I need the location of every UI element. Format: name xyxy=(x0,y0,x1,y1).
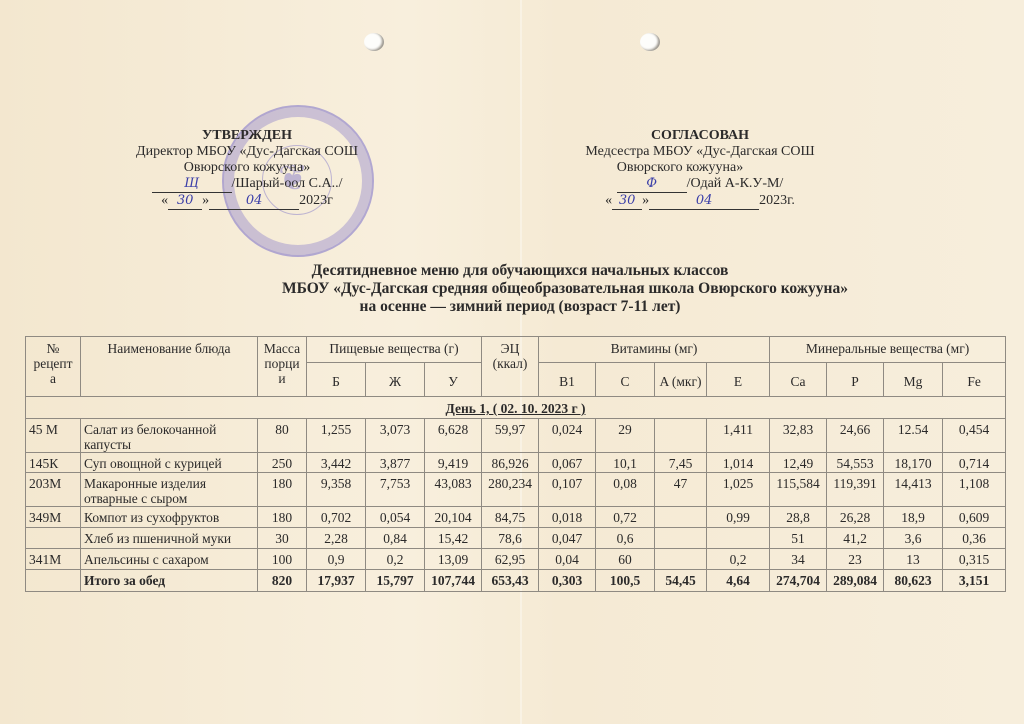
cell-zh: 3,073 xyxy=(366,419,425,453)
approval-date: «30»042023г xyxy=(112,193,382,210)
header-protein: Б xyxy=(307,363,366,397)
cell-kcal: 59,97 xyxy=(482,419,539,453)
cell-kcal: 280,234 xyxy=(482,473,539,507)
cell-zh: 3,877 xyxy=(366,453,425,473)
cell-b: 9,358 xyxy=(307,473,366,507)
cell-c: 0,6 xyxy=(596,528,655,549)
total-row: Итого за обед82017,93715,797107,744653,4… xyxy=(26,570,1006,592)
cell-ca: 12,49 xyxy=(770,453,827,473)
approval-position: Директор МБОУ «Дус-Дагская СОШ xyxy=(112,144,382,160)
cell-b: 3,442 xyxy=(307,453,366,473)
cell-mg: 12.54 xyxy=(884,419,943,453)
cell-ca: 32,83 xyxy=(770,419,827,453)
cell-u: 15,42 xyxy=(425,528,482,549)
cell-b1: 0,047 xyxy=(539,528,596,549)
date-month: 04 xyxy=(246,193,263,208)
cell-mass: 180 xyxy=(258,473,307,507)
approval-signature-line: Щ/Шарый-оол С.А../ xyxy=(112,176,382,193)
cell-mass: 100 xyxy=(258,549,307,570)
cell-name: Апельсины с сахаром xyxy=(81,549,258,570)
cell-mass: 250 xyxy=(258,453,307,473)
header-energy: ЭЦ (ккал) xyxy=(482,337,539,397)
cell-a xyxy=(655,528,707,549)
cell-u: 43,083 xyxy=(425,473,482,507)
header-ca: Ca xyxy=(770,363,827,397)
cell-recipe: 341М xyxy=(26,549,81,570)
cell-name: Суп овощной с курицей xyxy=(81,453,258,473)
approval-block-nurse: СОГЛАСОВАН Медсестра МБОУ «Дус-Дагская С… xyxy=(555,128,845,210)
date-day: 30 xyxy=(619,193,636,208)
cell-zh: 7,753 xyxy=(366,473,425,507)
cell-u: 13,09 xyxy=(425,549,482,570)
cell-mass: 820 xyxy=(258,570,307,592)
cell-ca: 28,8 xyxy=(770,507,827,528)
cell-b1: 0,024 xyxy=(539,419,596,453)
menu-table: № рецепт а Наименование блюда Масса порц… xyxy=(25,336,1006,592)
cell-c: 29 xyxy=(596,419,655,453)
cell-a: 47 xyxy=(655,473,707,507)
cell-b: 2,28 xyxy=(307,528,366,549)
cell-fe: 0,36 xyxy=(943,528,1006,549)
table-row: 349МКомпот из сухофруктов1800,7020,05420… xyxy=(26,507,1006,528)
cell-zh: 0,054 xyxy=(366,507,425,528)
cell-fe: 0,315 xyxy=(943,549,1006,570)
cell-c: 10,1 xyxy=(596,453,655,473)
cell-recipe: 45 М xyxy=(26,419,81,453)
cell-name: Макаронные изделия отварные с сыром xyxy=(81,473,258,507)
cell-a: 7,45 xyxy=(655,453,707,473)
date-month: 04 xyxy=(696,193,713,208)
cell-mg: 13 xyxy=(884,549,943,570)
cell-p: 23 xyxy=(827,549,884,570)
cell-mg: 80,623 xyxy=(884,570,943,592)
cell-c: 60 xyxy=(596,549,655,570)
cell-p: 24,66 xyxy=(827,419,884,453)
header-dish-name: Наименование блюда xyxy=(81,337,258,397)
cell-e: 1,014 xyxy=(707,453,770,473)
cell-u: 107,744 xyxy=(425,570,482,592)
header-a: A (мкг) xyxy=(655,363,707,397)
cell-mass: 180 xyxy=(258,507,307,528)
cell-ca: 115,584 xyxy=(770,473,827,507)
cell-zh: 0,84 xyxy=(366,528,425,549)
approval-position: Медсестра МБОУ «Дус-Дагская СОШ xyxy=(555,144,845,160)
cell-p: 41,2 xyxy=(827,528,884,549)
punch-hole xyxy=(640,33,660,51)
header-nutrients: Пищевые вещества (г) xyxy=(307,337,482,363)
header-fat: Ж xyxy=(366,363,425,397)
cell-mass: 30 xyxy=(258,528,307,549)
approval-signature-line: Ф/Одай А-К.У-М/ xyxy=(555,176,845,193)
cell-c: 0,72 xyxy=(596,507,655,528)
cell-b: 17,937 xyxy=(307,570,366,592)
cell-kcal: 84,75 xyxy=(482,507,539,528)
cell-name: Компот из сухофруктов xyxy=(81,507,258,528)
cell-c: 100,5 xyxy=(596,570,655,592)
cell-fe: 1,108 xyxy=(943,473,1006,507)
cell-kcal: 653,43 xyxy=(482,570,539,592)
cell-b1: 0,107 xyxy=(539,473,596,507)
cell-e: 0,2 xyxy=(707,549,770,570)
cell-c: 0,08 xyxy=(596,473,655,507)
table-row: 45 МСалат из белокочанной капусты801,255… xyxy=(26,419,1006,453)
cell-b1: 0,04 xyxy=(539,549,596,570)
cell-e: 4,64 xyxy=(707,570,770,592)
cell-mg: 18,9 xyxy=(884,507,943,528)
cell-e: 1,025 xyxy=(707,473,770,507)
cell-ca: 51 xyxy=(770,528,827,549)
cell-mg: 18,170 xyxy=(884,453,943,473)
cell-e: 0,99 xyxy=(707,507,770,528)
date-year: 2023г. xyxy=(759,193,795,208)
cell-u: 9,419 xyxy=(425,453,482,473)
header-fe: Fe xyxy=(943,363,1006,397)
cell-u: 20,104 xyxy=(425,507,482,528)
table-row: Хлеб из пшеничной муки302,280,8415,4278,… xyxy=(26,528,1006,549)
table-row: 145КСуп овощной с курицей2503,4423,8779,… xyxy=(26,453,1006,473)
header-minerals: Минеральные вещества (мг) xyxy=(770,337,1006,363)
cell-a xyxy=(655,507,707,528)
cell-zh: 0,2 xyxy=(366,549,425,570)
cell-b: 0,9 xyxy=(307,549,366,570)
date-year: 2023г xyxy=(299,193,333,208)
cell-fe: 0,714 xyxy=(943,453,1006,473)
cell-b1: 0,067 xyxy=(539,453,596,473)
cell-b: 0,702 xyxy=(307,507,366,528)
cell-p: 119,391 xyxy=(827,473,884,507)
signature-field: Щ xyxy=(152,176,232,193)
approval-heading: УТВЕРЖДЕН xyxy=(112,128,382,144)
header-recipe-no: № рецепт а xyxy=(26,337,81,397)
day-label: День 1, ( 02. 10. 2023 г ) xyxy=(26,397,1006,419)
title-line-2: МБОУ «Дус-Дагская средняя общеобразовате… xyxy=(120,280,920,298)
header-vitamins: Витамины (мг) xyxy=(539,337,770,363)
table-row: 203ММакаронные изделия отварные с сыром1… xyxy=(26,473,1006,507)
approval-block-director: УТВЕРЖДЕН Директор МБОУ «Дус-Дагская СОШ… xyxy=(112,128,382,210)
cell-recipe xyxy=(26,528,81,549)
cell-kcal: 62,95 xyxy=(482,549,539,570)
cell-ca: 34 xyxy=(770,549,827,570)
cell-a xyxy=(655,419,707,453)
title-line-3: на осенне — зимний период (возраст 7-11 … xyxy=(120,298,920,316)
document-title: Десятидневное меню для обучающихся начал… xyxy=(120,262,920,316)
cell-a xyxy=(655,549,707,570)
header-e: E xyxy=(707,363,770,397)
title-line-1: Десятидневное меню для обучающихся начал… xyxy=(120,262,920,280)
date-day: 30 xyxy=(177,193,194,208)
cell-p: 26,28 xyxy=(827,507,884,528)
cell-p: 54,553 xyxy=(827,453,884,473)
cell-kcal: 78,6 xyxy=(482,528,539,549)
cell-recipe xyxy=(26,570,81,592)
cell-ca: 274,704 xyxy=(770,570,827,592)
cell-b: 1,255 xyxy=(307,419,366,453)
cell-u: 6,628 xyxy=(425,419,482,453)
cell-e: 1,411 xyxy=(707,419,770,453)
approval-heading: СОГЛАСОВАН xyxy=(555,128,845,144)
header-p: P xyxy=(827,363,884,397)
cell-recipe: 145К xyxy=(26,453,81,473)
cell-fe: 3,151 xyxy=(943,570,1006,592)
signer-name: /Шарый-оол С.А../ xyxy=(232,176,343,191)
cell-kcal: 86,926 xyxy=(482,453,539,473)
punch-hole xyxy=(364,33,384,51)
approval-organization: Овюрского кожууна» xyxy=(112,160,382,176)
cell-e xyxy=(707,528,770,549)
approval-organization: Овюрского кожууна» xyxy=(555,160,845,176)
table-row: 341МАпельсины с сахаром1000,90,213,0962,… xyxy=(26,549,1006,570)
cell-mass: 80 xyxy=(258,419,307,453)
signer-name: /Одай А-К.У-М/ xyxy=(687,176,784,191)
cell-a: 54,45 xyxy=(655,570,707,592)
header-c: C xyxy=(596,363,655,397)
cell-name: Итого за обед xyxy=(81,570,258,592)
header-b1: B1 xyxy=(539,363,596,397)
cell-b1: 0,018 xyxy=(539,507,596,528)
cell-fe: 0,609 xyxy=(943,507,1006,528)
cell-p: 289,084 xyxy=(827,570,884,592)
cell-zh: 15,797 xyxy=(366,570,425,592)
cell-mg: 3,6 xyxy=(884,528,943,549)
header-carbs: У xyxy=(425,363,482,397)
header-portion-mass: Масса порци и xyxy=(258,337,307,397)
cell-fe: 0,454 xyxy=(943,419,1006,453)
cell-recipe: 349М xyxy=(26,507,81,528)
cell-name: Хлеб из пшеничной муки xyxy=(81,528,258,549)
cell-mg: 14,413 xyxy=(884,473,943,507)
signature-field: Ф xyxy=(617,176,687,193)
day-row: День 1, ( 02. 10. 2023 г ) xyxy=(26,397,1006,419)
cell-name: Салат из белокочанной капусты xyxy=(81,419,258,453)
header-mg: Mg xyxy=(884,363,943,397)
cell-recipe: 203М xyxy=(26,473,81,507)
approval-date: «30»042023г. xyxy=(555,193,845,210)
cell-b1: 0,303 xyxy=(539,570,596,592)
